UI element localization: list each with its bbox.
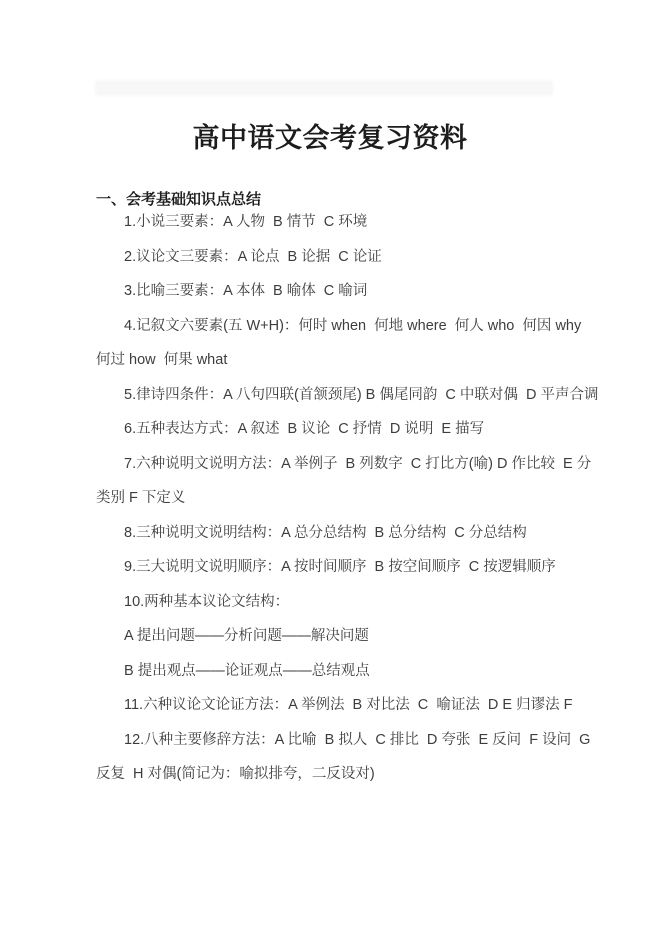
text-line: A 提出问题——分析问题——解决问题: [96, 619, 572, 654]
document-title: 高中语文会考复习资料: [0, 121, 660, 156]
content-lines: 1.小说三要素：A 人物 B 情节 C 环境2.议论文三要素：A 论点 B 论据…: [96, 205, 572, 792]
text-line: 1.小说三要素：A 人物 B 情节 C 环境: [96, 205, 572, 240]
text-line: 10.两种基本议论文结构：: [96, 585, 572, 620]
text-line: 3.比喻三要素：A 本体 B 喻体 C 喻词: [96, 274, 572, 309]
text-line: 11.六种议论文论证方法：A 举例法 B 对比法 C 喻证法 D E 归谬法 F: [96, 688, 572, 723]
document-page: 高中语文会考复习资料 一、会考基础知识点总结 1.小说三要素：A 人物 B 情节…: [0, 0, 660, 933]
text-line: 7.六种说明文说明方法：A 举例子 B 列数字 C 打比方(喻) D 作比较 E…: [96, 447, 572, 482]
text-line: 5.律诗四条件：A 八句四联(首颔颈尾) B 偶尾同韵 C 中联对偶 D 平声合…: [96, 378, 572, 413]
text-line: 2.议论文三要素：A 论点 B 论据 C 论证: [96, 240, 572, 275]
text-line: 12.八种主要修辞方法：A 比喻 B 拟人 C 排比 D 夸张 E 反问 F 设…: [96, 723, 572, 758]
text-line: 6.五种表达方式：A 叙述 B 议论 C 抒情 D 说明 E 描写: [96, 412, 572, 447]
text-line: B 提出观点——论证观点——总结观点: [96, 654, 572, 689]
text-line: 反复 H 对偶(简记为：喻拟排夸，二反设对): [96, 757, 572, 792]
text-line: 何过 how 何果 what: [96, 343, 572, 378]
text-line: 4.记叙文六要素(五 W+H)：何时 when 何地 where 何人 who …: [96, 309, 572, 344]
page-top-shadow-band: [95, 80, 553, 96]
text-line: 8.三种说明文说明结构：A 总分总结构 B 总分结构 C 分总结构: [96, 516, 572, 551]
text-line: 9.三大说明文说明顺序：A 按时间顺序 B 按空间顺序 C 按逻辑顺序: [96, 550, 572, 585]
text-line: 类别 F 下定义: [96, 481, 572, 516]
